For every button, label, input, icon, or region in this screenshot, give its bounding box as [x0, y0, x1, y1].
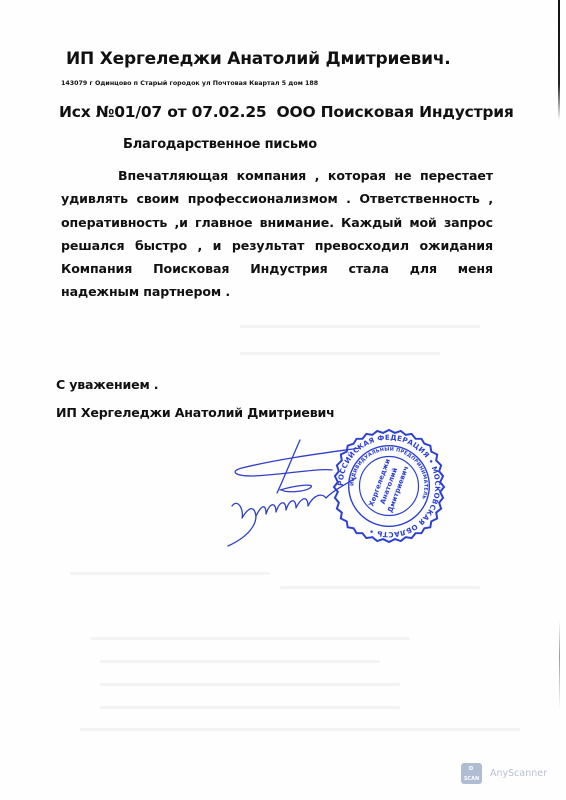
bleed-through-line [100, 683, 400, 686]
body-line: Компания Поисковая Индустрия стала для м… [61, 257, 493, 280]
bleed-through-line [100, 660, 380, 663]
body-line: удивлять своим профессионализмом . Ответ… [61, 187, 493, 210]
body-line: решался быстро , и результат превосходил… [61, 234, 493, 257]
bleed-through-line [70, 572, 270, 575]
scan-app-icon: SCAN [461, 763, 482, 784]
bleed-through-line [90, 637, 410, 640]
scanned-letter-page: ИП Хергеледжи Анатолий Дмитриевич. 14307… [0, 0, 566, 800]
bleed-through-line [100, 706, 400, 709]
sender-address: 143079 г Одинцово п Старый городок ул По… [61, 80, 318, 87]
signer-name: ИП Хергеледжи Анатолий Дмитриевич [56, 405, 335, 420]
sender-name: ИП Хергеледжи Анатолий Дмитриевич. [66, 49, 451, 69]
scan-edge-line [558, 0, 560, 120]
body-line: надежным партнером . [61, 280, 493, 303]
anyscanner-watermark: SCAN AnyScanner [461, 763, 547, 784]
scan-edge-line [559, 620, 560, 710]
bleed-through-line [80, 728, 520, 731]
watermark-app-name: AnyScanner [490, 768, 547, 779]
company-seal: РОССИЙСКАЯ ФЕДЕРАЦИЯ • МОСКОВСКАЯ ОБЛАСТ… [330, 427, 448, 545]
bleed-through-line [240, 325, 480, 328]
reference-line: Исх №01/07 от 07.02.25ООО Поисковая Инду… [59, 103, 514, 121]
body-line: Впечатляющая компания , которая не перес… [61, 164, 493, 187]
bleed-through-line [240, 352, 440, 355]
document-title: Благодарственное письмо [123, 137, 317, 152]
bleed-through-line [280, 586, 480, 589]
recipient-name: ООО Поисковая Индустрия [277, 103, 514, 121]
closing-phrase: С уважением . [56, 377, 158, 392]
letter-body: Впечатляющая компания , которая не перес… [61, 164, 493, 304]
body-line: оперативность ,и главное внимание. Кажды… [61, 211, 493, 234]
reference-number: Исх №01/07 от 07.02.25 [59, 103, 267, 121]
